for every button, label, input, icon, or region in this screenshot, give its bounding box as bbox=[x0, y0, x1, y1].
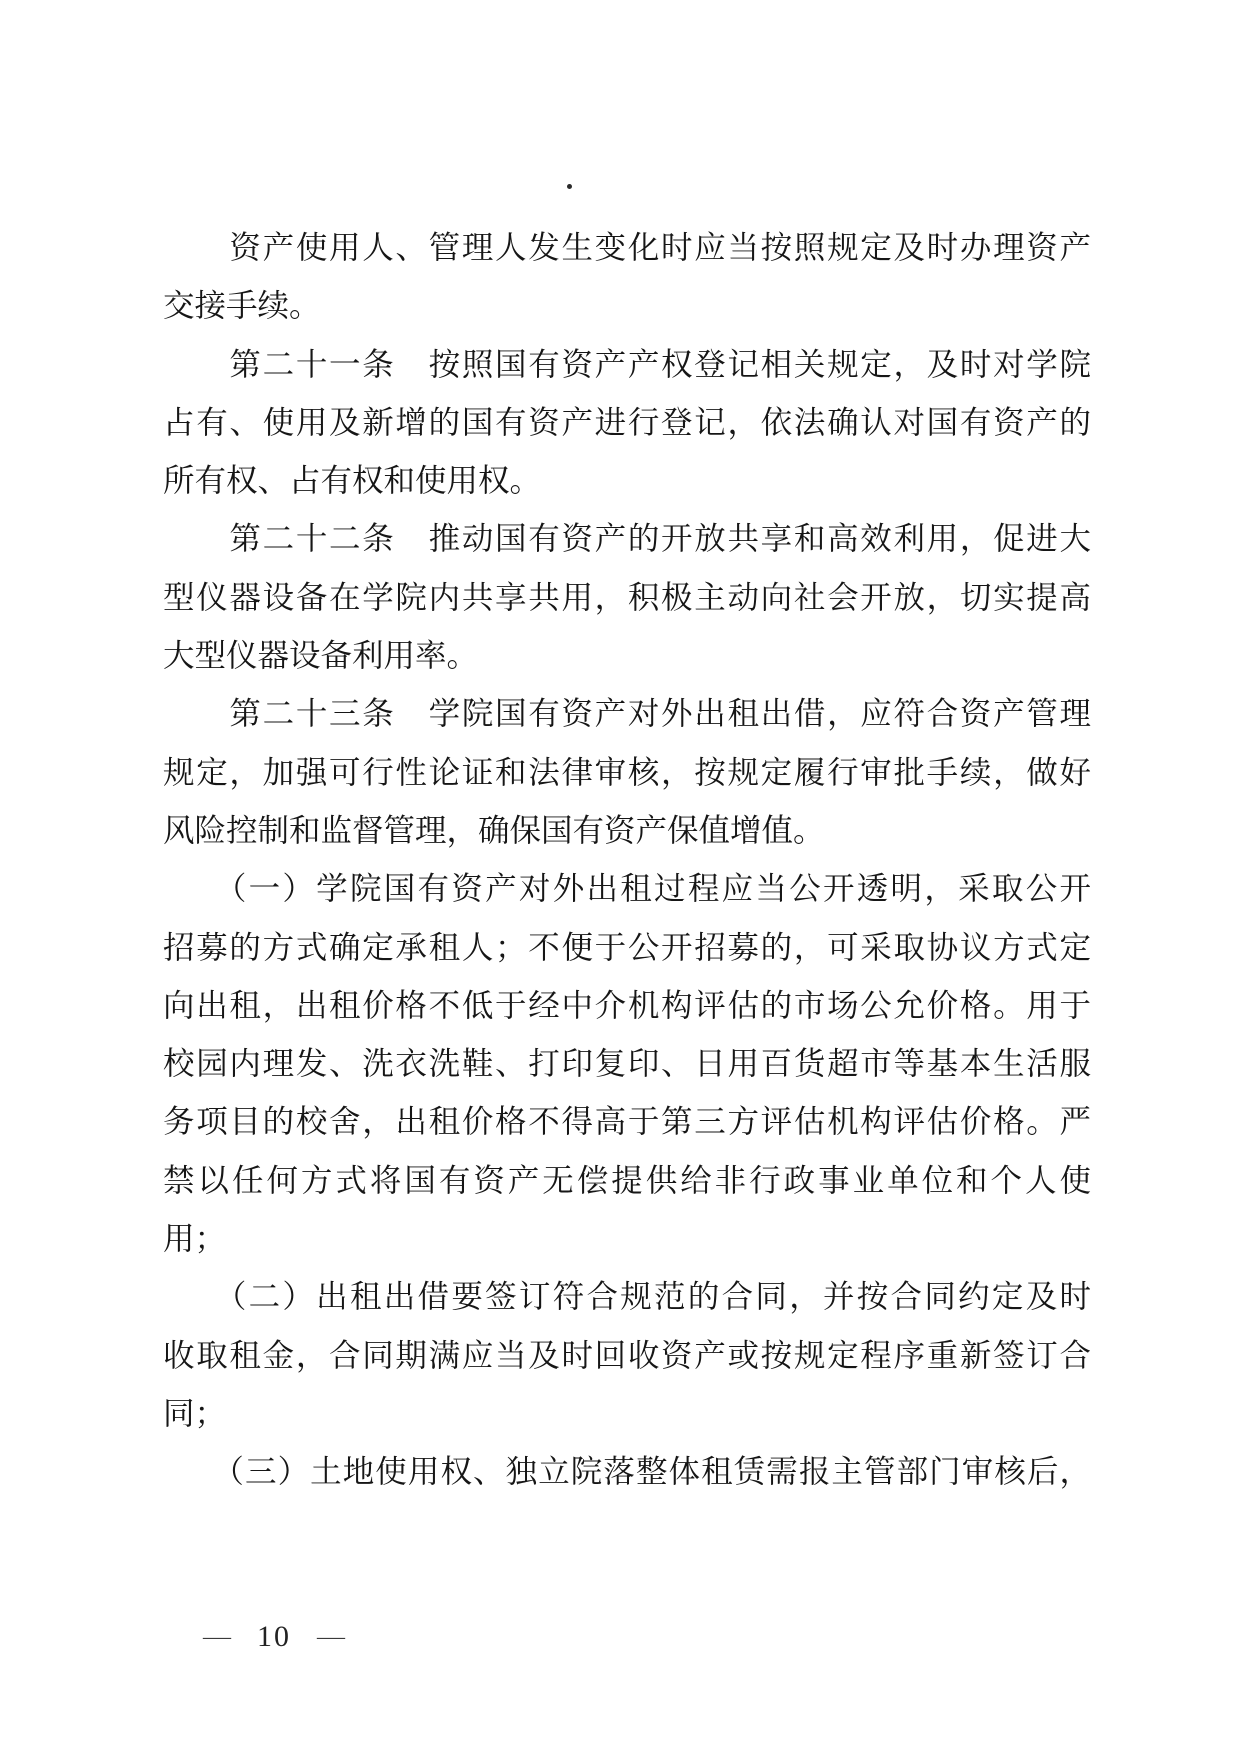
text-line: 型仪器设备在学院内共享共用，积极主动向社会开放，切实提高 bbox=[163, 569, 1091, 627]
text-line: 用； bbox=[163, 1210, 1091, 1268]
footer-dash-right: — bbox=[317, 1624, 345, 1650]
text-line: 资产使用人、管理人发生变化时应当按照规定及时办理资产 bbox=[163, 219, 1091, 277]
text-line: 禁以任何方式将国有资产无偿提供给非行政事业单位和个人使 bbox=[163, 1152, 1091, 1210]
page-footer: — 10 — bbox=[203, 1616, 345, 1658]
stray-dot-mark bbox=[567, 184, 572, 189]
footer-dash-left: — bbox=[203, 1624, 231, 1650]
text-line: 第二十二条 推动国有资产的开放共享和高效利用，促进大 bbox=[163, 510, 1091, 568]
text-line: 第二十一条 按照国有资产产权登记相关规定，及时对学院 bbox=[163, 336, 1091, 394]
text-line: （三）土地使用权、独立院落整体租赁需报主管部门审核后， bbox=[163, 1443, 1091, 1501]
text-line: 第二十三条 学院国有资产对外出租出借，应符合资产管理 bbox=[163, 685, 1091, 743]
text-line: 风险控制和监督管理，确保国有资产保值增值。 bbox=[163, 802, 1091, 860]
text-line: 校园内理发、洗衣洗鞋、打印复印、日用百货超市等基本生活服 bbox=[163, 1035, 1091, 1093]
scanned-document-page: { "page": { "background": "#ffffff", "te… bbox=[0, 0, 1241, 1755]
page-number: 10 bbox=[257, 1620, 291, 1654]
text-line: （一）学院国有资产对外出租过程应当公开透明，采取公开 bbox=[163, 860, 1091, 918]
text-line: （二）出租出借要签订符合规范的合同，并按合同约定及时 bbox=[163, 1268, 1091, 1326]
text-line: 占有、使用及新增的国有资产进行登记，依法确认对国有资产的 bbox=[163, 394, 1091, 452]
text-line: 务项目的校舍，出租价格不得高于第三方评估机构评估价格。严 bbox=[163, 1093, 1091, 1151]
text-line: 规定，加强可行性论证和法律审核，按规定履行审批手续，做好 bbox=[163, 744, 1091, 802]
document-body: 资产使用人、管理人发生变化时应当按照规定及时办理资产 交接手续。 第二十一条 按… bbox=[163, 219, 1091, 1502]
text-line: 收取租金，合同期满应当及时回收资产或按规定程序重新签订合 bbox=[163, 1327, 1091, 1385]
text-line: 向出租，出租价格不低于经中介机构评估的市场公允价格。用于 bbox=[163, 977, 1091, 1035]
text-line: 所有权、占有权和使用权。 bbox=[163, 452, 1091, 510]
text-line: 交接手续。 bbox=[163, 277, 1091, 335]
text-line: 大型仪器设备利用率。 bbox=[163, 627, 1091, 685]
text-line: 同； bbox=[163, 1385, 1091, 1443]
text-line: 招募的方式确定承租人；不便于公开招募的，可采取协议方式定 bbox=[163, 919, 1091, 977]
